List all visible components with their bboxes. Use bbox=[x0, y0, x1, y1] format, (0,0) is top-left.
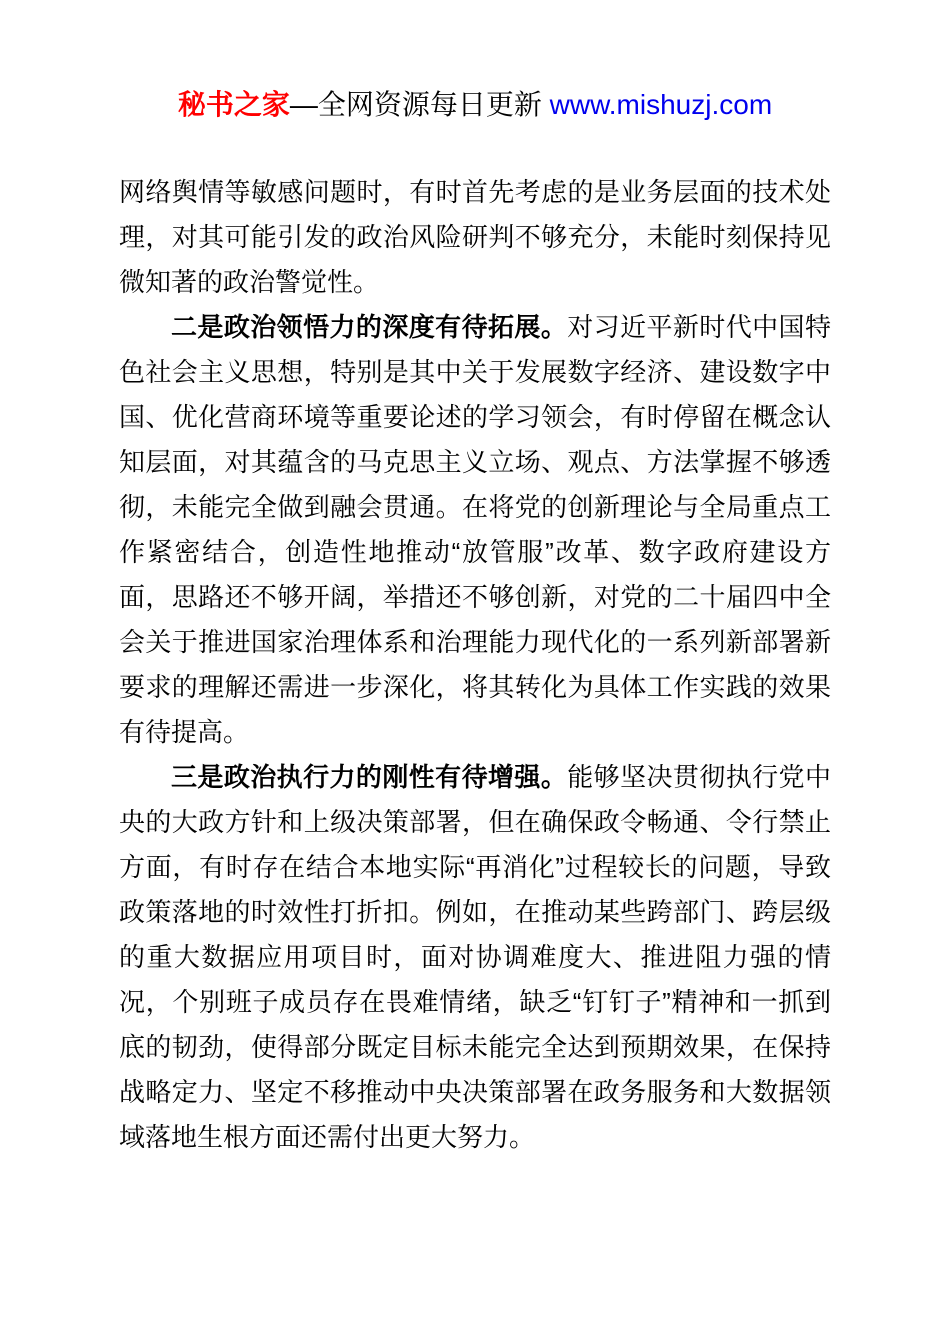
paragraph-text: 能够坚决贯彻执行党中央的大政方针和上级决策部署，但在确保政令畅通、令行禁止方面，… bbox=[119, 762, 831, 1152]
site-tagline: —全网资源每日更新 bbox=[290, 89, 550, 120]
paragraph-lead: 二是政治领悟力的深度有待拓展。 bbox=[171, 312, 567, 342]
document-page: 秘书之家—全网资源每日更新 www.mishuzj.com 网络舆情等敏感问题时… bbox=[0, 0, 950, 1344]
site-url-link[interactable]: www.mishuzj.com bbox=[550, 89, 772, 120]
paragraph-lead: 三是政治执行力的刚性有待增强。 bbox=[171, 762, 567, 792]
paragraph: 网络舆情等敏感问题时，有时首先考虑的是业务层面的技术处理，对其可能引发的政治风险… bbox=[119, 170, 831, 305]
site-brand: 秘书之家 bbox=[178, 89, 290, 120]
paragraph: 二是政治领悟力的深度有待拓展。对习近平新时代中国特色社会主义思想，特别是其中关于… bbox=[119, 305, 831, 755]
paragraph-text: 网络舆情等敏感问题时，有时首先考虑的是业务层面的技术处理，对其可能引发的政治风险… bbox=[119, 177, 831, 297]
document-body: 网络舆情等敏感问题时，有时首先考虑的是业务层面的技术处理，对其可能引发的政治风险… bbox=[119, 170, 831, 1160]
site-banner: 秘书之家—全网资源每日更新 www.mishuzj.com bbox=[0, 0, 950, 122]
paragraph: 三是政治执行力的刚性有待增强。能够坚决贯彻执行党中央的大政方针和上级决策部署，但… bbox=[119, 755, 831, 1160]
paragraph-text: 对习近平新时代中国特色社会主义思想，特别是其中关于发展数字经济、建设数字中国、优… bbox=[119, 312, 831, 747]
